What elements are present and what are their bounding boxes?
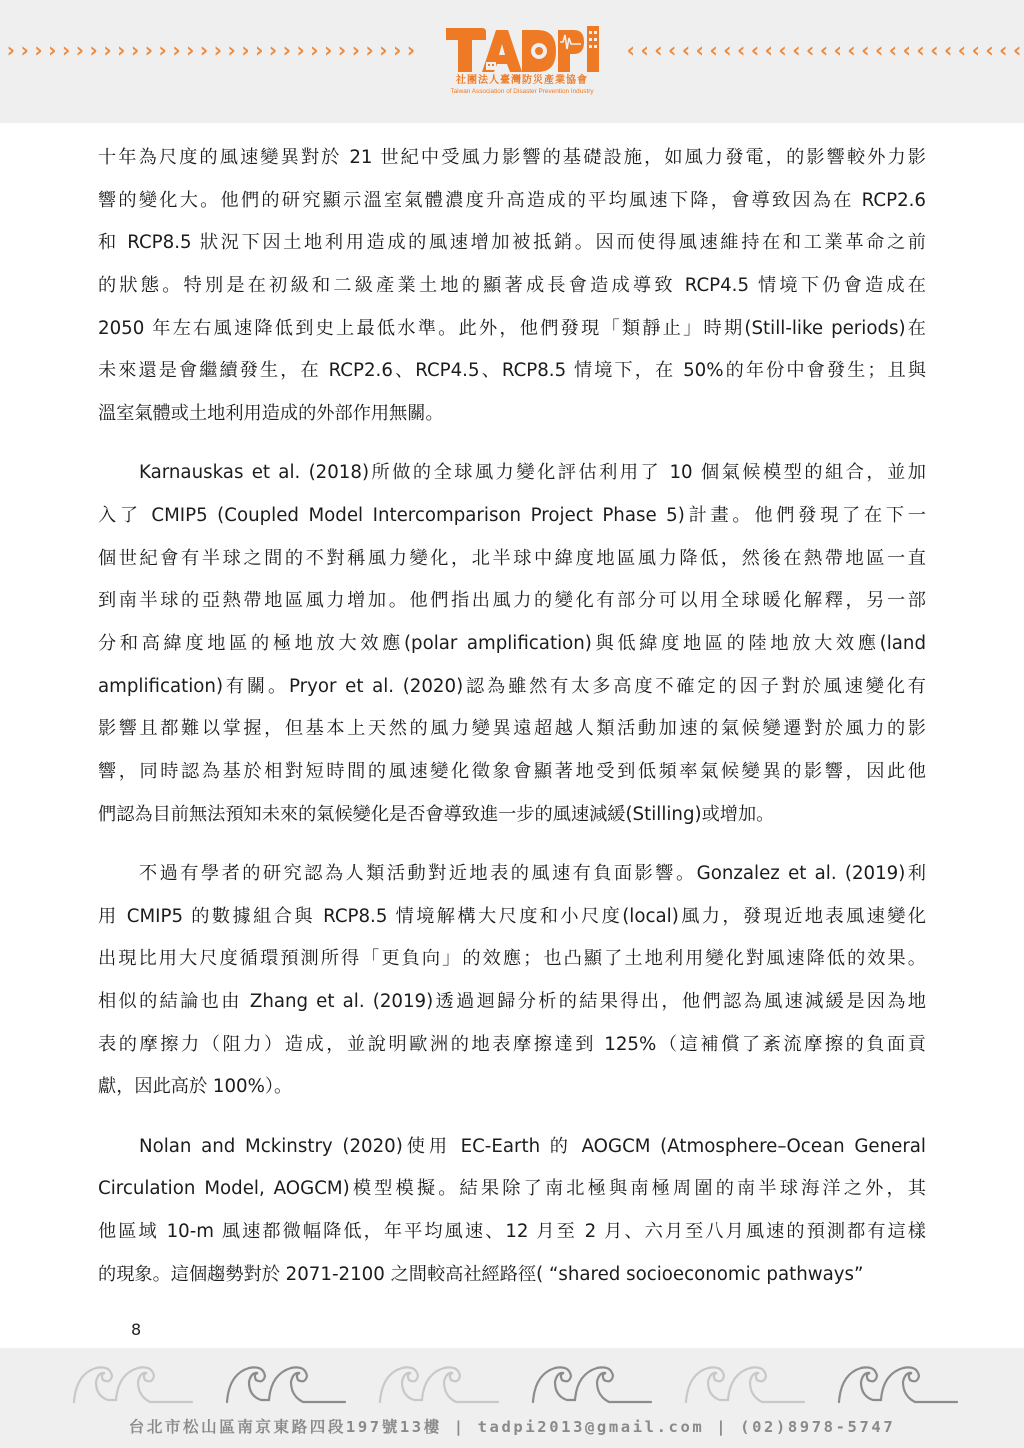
text-line: 2050 年左右風速降低到史上最低水準。此外，他們發現「類靜止」時期(Still…: [98, 308, 926, 351]
chevron-icon: ›: [170, 38, 184, 62]
logo-chinese-name: 社團法人臺灣防災產業協會: [442, 75, 602, 87]
chevron-icon: ›: [4, 38, 18, 62]
text-line: 的現象。這個趨勢對於 2071-2100 之間較高社經路徑( “shared s…: [98, 1254, 926, 1297]
chevron-icon: ‹: [955, 38, 969, 62]
body-paragraph: 十年為尺度的風速變異對於 21 世紀中受風力影響的基礎設施，如風力發電，的影響較…: [98, 137, 926, 436]
chevron-icon: ‹: [831, 38, 845, 62]
chevron-icon: ‹: [817, 38, 831, 62]
chevron-icon: ›: [280, 38, 294, 62]
chevron-icon: ‹: [914, 38, 928, 62]
chevron-icon: ›: [18, 38, 32, 62]
text-line: 的狀態。特別是在初級和二級產業土地的顯著成長會造成導致 RCP4.5 情境下仍會…: [98, 265, 926, 308]
chevron-icon: ›: [128, 38, 142, 62]
chevron-icon: ›: [32, 38, 46, 62]
chevron-icon: ‹: [803, 38, 817, 62]
chevron-icon: ‹: [789, 38, 803, 62]
chevron-icon: ‹: [996, 38, 1010, 62]
text-line: 十年為尺度的風速變異對於 21 世紀中受風力影響的基礎設施，如風力發電，的影響較…: [98, 137, 926, 180]
chevron-icon: ›: [101, 38, 115, 62]
chevron-icon: ‹: [983, 38, 997, 62]
text-line: 不過有學者的研究認為人類活動對近地表的風速有負面影響。Gonzalez et a…: [98, 853, 926, 896]
chevron-icon: ›: [156, 38, 170, 62]
text-line: 獻，因此高於 100%）。: [98, 1066, 926, 1109]
text-line: 到南半球的亞熱帶地區風力增加。他們指出風力的變化有部分可以用全球暖化解釋，另一部: [98, 580, 926, 623]
chevron-icon: ›: [87, 38, 101, 62]
wave-icon: [533, 1367, 651, 1402]
body-paragraph: Karnauskas et al. (2018)所做的全球風力變化評估利用了 1…: [98, 452, 926, 836]
text-line: 入了 CMIP5 (Coupled Model Intercomparison …: [98, 495, 926, 538]
left-chevron-decoration: ››››››››››››››››››››››››››››››: [4, 38, 416, 62]
chevron-icon: ‹: [679, 38, 693, 62]
footer-email: tadpi2013@gmail.com: [478, 1418, 705, 1436]
wave-decoration-icon: [70, 1360, 970, 1406]
text-line: 影響且都難以掌握，但基本上天然的風力變異遠超越人類活動加速的氣候變遷對於風力的影: [98, 708, 926, 751]
text-line: Circulation Model, AOGCM)模型模擬。結果除了南北極與南極…: [98, 1168, 926, 1211]
footer-separator: |: [716, 1418, 728, 1436]
chevron-icon: ›: [308, 38, 322, 62]
chevron-icon: ‹: [969, 38, 983, 62]
wave-icon: [227, 1367, 345, 1402]
text-line: 溫室氣體或土地利用造成的外部作用無關。: [98, 393, 926, 436]
wave-icon: [74, 1367, 192, 1402]
text-line: Karnauskas et al. (2018)所做的全球風力變化評估利用了 1…: [98, 452, 926, 495]
chevron-icon: ‹: [638, 38, 652, 62]
body-paragraph: 不過有學者的研究認為人類活動對近地表的風速有負面影響。Gonzalez et a…: [98, 853, 926, 1109]
chevron-icon: ›: [266, 38, 280, 62]
footer-phone: (02)8978-5747: [740, 1418, 895, 1436]
right-chevron-decoration: ‹‹‹‹‹‹‹‹‹‹‹‹‹‹‹‹‹‹‹‹‹‹‹‹‹‹‹‹‹: [620, 38, 1024, 62]
chevron-icon: ‹: [720, 38, 734, 62]
wave-icon: [839, 1367, 957, 1402]
wave-icon: [380, 1367, 498, 1402]
text-line: 出現比用大尺度循環預測所得「更負向」的效應；也凸顯了土地利用變化對風速降低的效果…: [98, 938, 926, 981]
logo-english-name: Taiwan Association of Disaster Preventio…: [442, 87, 602, 96]
chevron-icon: ›: [211, 38, 225, 62]
page-number: 8: [131, 1320, 141, 1339]
text-line: 用 CMIP5 的數據組合與 RCP8.5 情境解構大尺度和小尺度(local)…: [98, 896, 926, 939]
chevron-icon: ›: [239, 38, 253, 62]
text-line: Nolan and Mckinstry (2020)使用 EC-Earth 的 …: [98, 1126, 926, 1169]
tadpi-logo: 社團法人臺灣防災產業協會 Taiwan Association of Disas…: [442, 22, 602, 98]
chevron-icon: ›: [183, 38, 197, 62]
chevron-icon: ‹: [707, 38, 721, 62]
chevron-icon: ‹: [748, 38, 762, 62]
tadpi-wordmark-icon: [442, 22, 602, 76]
chevron-icon: ‹: [624, 38, 638, 62]
chevron-icon: ‹: [845, 38, 859, 62]
chevron-icon: ›: [377, 38, 391, 62]
chevron-icon: ‹: [872, 38, 886, 62]
text-line: amplification)有關。Pryor et al. (2020)認為雖然…: [98, 666, 926, 709]
chevron-icon: ‹: [776, 38, 790, 62]
chevron-icon: ›: [73, 38, 87, 62]
text-line: 相似的結論也由 Zhang et al. (2019)透過迴歸分析的結果得出，他…: [98, 981, 926, 1024]
text-line: 表的摩擦力（阻力）造成，並說明歐洲的地表摩擦達到 125%（這補償了紊流摩擦的負…: [98, 1024, 926, 1067]
chevron-icon: ›: [45, 38, 59, 62]
text-line: 們認為目前無法預知未來的氣候變化是否會導致進一步的風速減緩(Stilling)或…: [98, 794, 926, 837]
document-body: 十年為尺度的風速變異對於 21 世紀中受風力影響的基礎設施，如風力發電，的影響較…: [98, 137, 926, 1313]
page-footer: 台北市松山區南京東路四段197號13樓 | tadpi2013@gmail.co…: [0, 1348, 1024, 1448]
chevron-icon: ‹: [886, 38, 900, 62]
chevron-icon: ›: [59, 38, 73, 62]
text-line: 他區域 10-m 風速都微幅降低，年平均風速、12 月至 2 月、六月至八月風速…: [98, 1211, 926, 1254]
text-line: 分和高緯度地區的極地放大效應(polar amplification)與低緯度地…: [98, 623, 926, 666]
chevron-icon: ‹: [651, 38, 665, 62]
text-line: 響的變化大。他們的研究顯示溫室氣體濃度升高造成的平均風速下降，會導致因為在 RC…: [98, 180, 926, 223]
chevron-icon: ›: [404, 38, 416, 62]
chevron-icon: ‹: [762, 38, 776, 62]
chevron-icon: ›: [349, 38, 363, 62]
footer-separator: |: [454, 1418, 466, 1436]
chevron-icon: ›: [294, 38, 308, 62]
text-line: 響，同時認為基於相對短時間的風速變化徵象會顯著地受到低頻率氣候變異的影響，因此他: [98, 751, 926, 794]
chevron-icon: ‹: [734, 38, 748, 62]
chevron-icon: ‹: [927, 38, 941, 62]
chevron-icon: ‹: [693, 38, 707, 62]
body-paragraph: Nolan and Mckinstry (2020)使用 EC-Earth 的 …: [98, 1126, 926, 1297]
chevron-icon: ›: [363, 38, 377, 62]
chevron-icon: ‹: [1010, 38, 1024, 62]
chevron-icon: ›: [252, 38, 266, 62]
chevron-icon: ›: [321, 38, 335, 62]
wave-icon: [686, 1367, 804, 1402]
chevron-icon: ›: [142, 38, 156, 62]
chevron-icon: ‹: [941, 38, 955, 62]
chevron-icon: ‹: [858, 38, 872, 62]
chevron-icon: ›: [197, 38, 211, 62]
footer-address: 台北市松山區南京東路四段197號13樓: [129, 1418, 442, 1436]
page-header: ››››››››››››››››››››››››››››››: [0, 0, 1024, 123]
chevron-icon: ›: [390, 38, 404, 62]
chevron-icon: ‹: [900, 38, 914, 62]
text-line: 未來還是會繼續發生，在 RCP2.6、RCP4.5、RCP8.5 情境下，在 5…: [98, 350, 926, 393]
text-line: 和 RCP8.5 狀況下因土地利用造成的風速增加被抵銷。因而使得風速維持在和工業…: [98, 222, 926, 265]
text-line: 個世紀會有半球之間的不對稱風力變化，北半球中緯度地區風力降低，然後在熱帶地區一直: [98, 538, 926, 581]
chevron-icon: ›: [114, 38, 128, 62]
chevron-icon: ›: [335, 38, 349, 62]
footer-contact: 台北市松山區南京東路四段197號13樓 | tadpi2013@gmail.co…: [0, 1416, 1024, 1438]
chevron-icon: ›: [225, 38, 239, 62]
chevron-icon: ‹: [665, 38, 679, 62]
